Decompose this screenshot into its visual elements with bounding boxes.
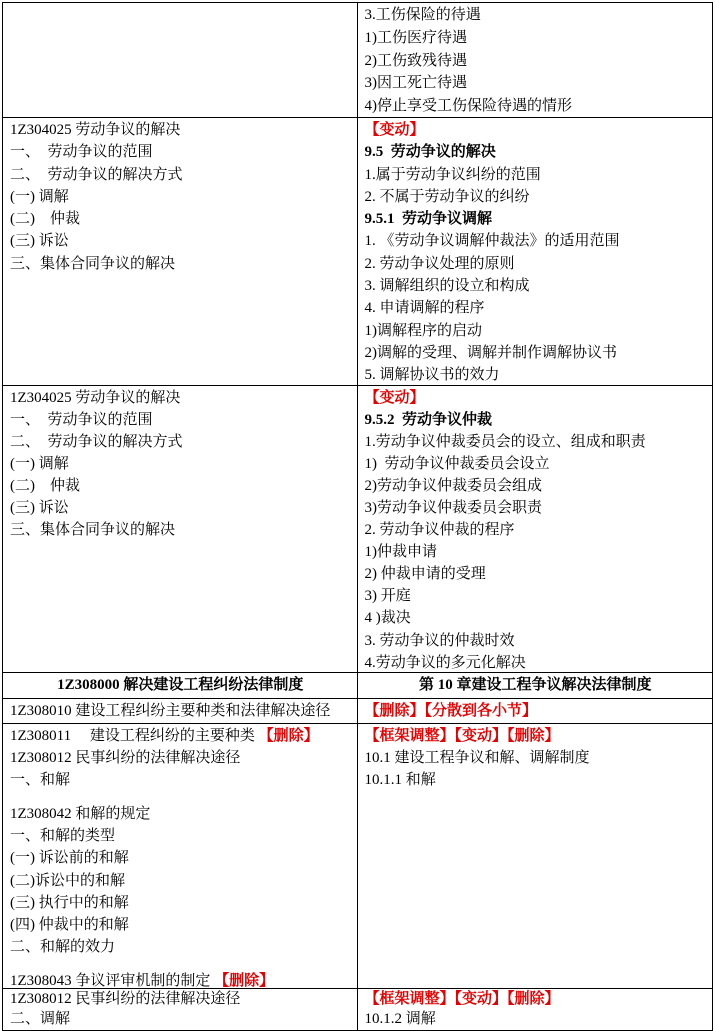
cell-line: 3. 劳动争议的仲裁时效 (365, 630, 707, 652)
cell-line: 【删除】【分散到各小节】 (365, 700, 707, 723)
text-segment: (二)诉讼中的和解 (10, 873, 125, 889)
text-segment: 4.劳动争议的多元化解决 (365, 655, 526, 671)
cell-line: 一、 劳动争议的范围 (10, 409, 351, 431)
cell-line: 9.5.1 劳动争议调解 (365, 208, 707, 230)
text-segment: (三) 诉讼 (10, 500, 69, 516)
cell-line: 1) 劳动争议仲裁委员会设立 (365, 453, 707, 475)
change-marker: 【删除】 (259, 728, 319, 744)
cell-line: 5. 调解协议书的效力 (365, 364, 707, 385)
cell-line: (二) 仲裁 (10, 475, 351, 497)
text-segment: 2) 仲裁申请的受理 (365, 566, 486, 582)
table-row: 1Z304025 劳动争议的解决一、 劳动争议的范围二、 劳动争议的解决方式(一… (3, 386, 712, 673)
table-row: 3.工伤保险的待遇1)工伤医疗待遇2)工伤致残待遇3)因工死亡待遇4)停止享受工… (3, 3, 712, 118)
change-marker: 【框架调整】【变动】【删除】 (365, 728, 560, 744)
cell-line: (二)诉讼中的和解 (10, 870, 351, 892)
text-segment: 1Z308012 民事纠纷的法律解决途径 (10, 991, 240, 1007)
cell-line: 1)仲裁申请 (365, 541, 707, 563)
left-cell: 1Z308011 建设工程纠纷的主要种类 【删除】1Z308012 民事纠纷的法… (3, 724, 358, 988)
cell-line: 2) 仲裁申请的受理 (365, 563, 707, 585)
right-cell: 【变动】9.5.2 劳动争议仲裁1.劳动争议仲裁委员会的设立、组成和职责1) 劳… (358, 386, 713, 672)
cell-line: 2. 不属于劳动争议的纠纷 (365, 186, 707, 208)
text-segment: 二、调解 (10, 1011, 70, 1027)
text-segment: 一、 劳动争议的范围 (10, 412, 153, 428)
cell-line: 1Z308043 争议评审机制的制定 【删除】 (10, 970, 351, 988)
text-segment: 4. 申请调解的程序 (365, 300, 485, 316)
text-segment: 1)工伤医疗待遇 (365, 30, 468, 46)
cell-line: 3. 调解组织的设立和构成 (365, 275, 707, 297)
text-segment: 1Z308043 争议评审机制的制定 (10, 973, 214, 988)
text-segment: 3. 调解组织的设立和构成 (365, 278, 530, 294)
cell-line: 【变动】 (365, 387, 707, 409)
cell-line: 二、和解的效力 (10, 936, 351, 958)
cell-line: 【框架调整】【变动】【删除】 (365, 990, 707, 1010)
text-segment: 10.1.2 调解 (365, 1011, 436, 1027)
text-segment: 1Z308000 解决建设工程纠纷法律制度 (57, 677, 303, 693)
cell-line: 1. 《劳动争议调解仲裁法》的适用范围 (365, 230, 707, 252)
text-segment: 1.属于劳动争议纠纷的范围 (365, 167, 541, 183)
text-segment: 9.5.2 劳动争议仲裁 (365, 412, 493, 428)
cell-line: 2)劳动争议仲裁委员会组成 (365, 475, 707, 497)
cell-line: 三、集体合同争议的解决 (10, 253, 351, 275)
cell-line: (二) 仲裁 (10, 208, 351, 230)
table-row: 1Z308010 建设工程纠纷主要种类和法律解决途径【删除】【分散到各小节】 (3, 699, 712, 724)
cell-line: (一) 诉讼前的和解 (10, 847, 351, 869)
cell-line: 4. 申请调解的程序 (365, 297, 707, 319)
text-segment: 3)劳动争议仲裁委员会职责 (365, 500, 543, 516)
cell-line: (三) 诉讼 (10, 497, 351, 519)
cell-line: 三、集体合同争议的解决 (10, 519, 351, 541)
cell-line: 一、 劳动争议的范围 (10, 141, 351, 163)
left-cell (3, 3, 358, 117)
cell-line: 1Z308010 建设工程纠纷主要种类和法律解决途径 (10, 700, 351, 723)
left-cell: 1Z304025 劳动争议的解决一、 劳动争议的范围二、 劳动争议的解决方式(一… (3, 386, 358, 672)
text-segment: 3) 开庭 (365, 588, 411, 604)
cell-line: 1)工伤医疗待遇 (365, 27, 707, 50)
cell-line: 2)调解的受理、调解并制作调解协议书 (365, 342, 707, 364)
text-segment: 10.1 建设工程争议和解、调解制度 (365, 750, 590, 766)
cell-line: 10.1.2 调解 (365, 1010, 707, 1030)
text-segment: 1Z308042 和解的规定 (10, 806, 150, 822)
cell-line: 4 )裁决 (365, 607, 707, 629)
change-marker: 【删除】 (214, 973, 274, 988)
text-segment: 1Z308011 建设工程纠纷的主要种类 (10, 728, 259, 744)
right-cell: 3.工伤保险的待遇1)工伤医疗待遇2)工伤致残待遇3)因工死亡待遇4)停止享受工… (358, 3, 713, 117)
change-marker: 【变动】 (365, 122, 425, 138)
cell-line: 1Z308042 和解的规定 (10, 803, 351, 825)
text-segment: 1Z308012 民事纠纷的法律解决途径 (10, 750, 240, 766)
text-segment: (三) 执行中的和解 (10, 895, 129, 911)
text-segment: (一) 诉讼前的和解 (10, 850, 129, 866)
text-segment: 一、和解 (10, 772, 70, 788)
table-row: 1Z308011 建设工程纠纷的主要种类 【删除】1Z308012 民事纠纷的法… (3, 724, 712, 989)
text-segment: 3.工伤保险的待遇 (365, 7, 481, 23)
cell-line: 3.工伤保险的待遇 (365, 4, 707, 27)
cell-line: (四) 仲裁中的和解 (10, 914, 351, 936)
text-segment: 1)仲裁申请 (365, 544, 438, 560)
text-segment: 1. 《劳动争议调解仲裁法》的适用范围 (365, 233, 620, 249)
text-segment: 3. 劳动争议的仲裁时效 (365, 633, 515, 649)
cell-line: 3)劳动争议仲裁委员会职责 (365, 497, 707, 519)
table-header-row: 1Z308000 解决建设工程纠纷法律制度第 10 章建设工程争议解决法律制度 (3, 673, 712, 699)
cell-line: 10.1 建设工程争议和解、调解制度 (365, 747, 707, 769)
text-segment: 1.劳动争议仲裁委员会的设立、组成和职责 (365, 434, 646, 450)
text-segment: 1Z304025 劳动争议的解决 (10, 122, 180, 138)
text-segment: 2. 不属于劳动争议的纠纷 (365, 189, 530, 205)
text-segment: 三、集体合同争议的解决 (10, 256, 175, 272)
text-segment: 9.5 劳动争议的解决 (365, 144, 496, 160)
cell-line: 1Z304025 劳动争议的解决 (10, 119, 351, 141)
change-marker: 【框架调整】【变动】【删除】 (365, 991, 560, 1007)
cell-line: 1)调解程序的启动 (365, 320, 707, 342)
cell-line: 3) 开庭 (365, 585, 707, 607)
text-segment: (一) 调解 (10, 456, 69, 472)
text-segment: (三) 诉讼 (10, 233, 69, 249)
cell-line: 1.属于劳动争议纠纷的范围 (365, 164, 707, 186)
text-segment: 一、 劳动争议的范围 (10, 144, 153, 160)
text-segment: 二、 劳动争议的解决方式 (10, 434, 183, 450)
cell-line: 第 10 章建设工程争议解决法律制度 (365, 673, 707, 697)
table-row: 1Z308012 民事纠纷的法律解决途径二、调解【框架调整】【变动】【删除】10… (3, 989, 712, 1030)
left-cell: 1Z304025 劳动争议的解决一、 劳动争议的范围二、 劳动争议的解决方式(一… (3, 118, 358, 385)
cell-line: 二、调解 (10, 1010, 351, 1030)
text-segment: 2. 劳动争议仲裁的程序 (365, 522, 515, 538)
cell-line: 1Z308012 民事纠纷的法律解决途径 (10, 990, 351, 1010)
text-segment: 二、 劳动争议的解决方式 (10, 167, 183, 183)
text-segment: 4)停止享受工伤保险待遇的情形 (365, 98, 573, 114)
text-segment: 三、集体合同争议的解决 (10, 522, 175, 538)
cell-line: 1Z304025 劳动争议的解决 (10, 387, 351, 409)
cell-line: 1Z308000 解决建设工程纠纷法律制度 (10, 673, 351, 697)
text-segment: 2)劳动争议仲裁委员会组成 (365, 478, 543, 494)
right-cell: 第 10 章建设工程争议解决法律制度 (358, 673, 713, 698)
right-cell: 【框架调整】【变动】【删除】10.1.2 调解 (358, 989, 713, 1030)
cell-line: 【变动】 (365, 119, 707, 141)
change-marker: 【删除】【分散到各小节】 (365, 703, 538, 719)
text-segment: 1Z308010 建设工程纠纷主要种类和法律解决途径 (10, 703, 330, 719)
text-segment: 4 )裁决 (365, 610, 411, 626)
cell-line: 1Z308012 民事纠纷的法律解决途径 (10, 747, 351, 769)
cell-line: 2. 劳动争议处理的原则 (365, 253, 707, 275)
text-segment: 9.5.1 劳动争议调解 (365, 211, 493, 227)
right-cell: 【删除】【分散到各小节】 (358, 699, 713, 723)
cell-line: 9.5 劳动争议的解决 (365, 141, 707, 163)
cell-line (10, 4, 351, 16)
cell-line: 3)因工死亡待遇 (365, 72, 707, 95)
text-segment: 2)调解的受理、调解并制作调解协议书 (365, 345, 618, 361)
text-segment: (二) 仲裁 (10, 211, 80, 227)
text-segment: 2)工伤致残待遇 (365, 53, 468, 69)
text-segment: 1) 劳动争议仲裁委员会设立 (365, 456, 550, 472)
cell-line (10, 958, 351, 970)
cell-line: 二、 劳动争议的解决方式 (10, 164, 351, 186)
text-segment: 5. 调解协议书的效力 (365, 367, 500, 383)
text-segment: 1)调解程序的启动 (365, 323, 483, 339)
text-segment: 3)因工死亡待遇 (365, 75, 468, 91)
text-segment: 1Z304025 劳动争议的解决 (10, 390, 180, 406)
cell-line: 1.劳动争议仲裁委员会的设立、组成和职责 (365, 431, 707, 453)
cell-line: 二、 劳动争议的解决方式 (10, 431, 351, 453)
text-segment: (二) 仲裁 (10, 478, 80, 494)
cell-line: 4.劳动争议的多元化解决 (365, 652, 707, 672)
cell-line: (三) 执行中的和解 (10, 892, 351, 914)
cell-line: 2)工伤致残待遇 (365, 50, 707, 73)
cell-line: 一、和解的类型 (10, 825, 351, 847)
cell-line: 【框架调整】【变动】【删除】 (365, 725, 707, 747)
right-cell: 【变动】9.5 劳动争议的解决1.属于劳动争议纠纷的范围2. 不属于劳动争议的纠… (358, 118, 713, 385)
table-row: 1Z304025 劳动争议的解决一、 劳动争议的范围二、 劳动争议的解决方式(一… (3, 118, 712, 386)
cell-line: (一) 调解 (10, 453, 351, 475)
document-page: 3.工伤保险的待遇1)工伤医疗待遇2)工伤致残待遇3)因工死亡待遇4)停止享受工… (0, 0, 715, 1031)
text-segment: 10.1.1 和解 (365, 772, 436, 788)
left-cell: 1Z308000 解决建设工程纠纷法律制度 (3, 673, 358, 698)
text-segment: 一、和解的类型 (10, 828, 115, 844)
text-segment: 第 10 章建设工程争议解决法律制度 (419, 677, 652, 693)
cell-line: 2. 劳动争议仲裁的程序 (365, 519, 707, 541)
text-segment: (一) 调解 (10, 189, 69, 205)
text-segment: 二、和解的效力 (10, 939, 115, 955)
cell-line: 1Z308011 建设工程纠纷的主要种类 【删除】 (10, 725, 351, 747)
cell-line: (一) 调解 (10, 186, 351, 208)
right-cell: 【框架调整】【变动】【删除】10.1 建设工程争议和解、调解制度10.1.1 和… (358, 724, 713, 988)
left-cell: 1Z308010 建设工程纠纷主要种类和法律解决途径 (3, 699, 358, 723)
cell-line (10, 791, 351, 803)
cell-line: 4)停止享受工伤保险待遇的情形 (365, 95, 707, 117)
text-segment: 2. 劳动争议处理的原则 (365, 256, 515, 272)
cell-line: 9.5.2 劳动争议仲裁 (365, 409, 707, 431)
cell-line: 10.1.1 和解 (365, 769, 707, 791)
change-marker: 【变动】 (365, 390, 425, 406)
text-segment: (四) 仲裁中的和解 (10, 917, 129, 933)
cell-line: 一、和解 (10, 769, 351, 791)
left-cell: 1Z308012 民事纠纷的法律解决途径二、调解 (3, 989, 358, 1030)
cell-line: (三) 诉讼 (10, 230, 351, 252)
comparison-table: 3.工伤保险的待遇1)工伤医疗待遇2)工伤致残待遇3)因工死亡待遇4)停止享受工… (2, 2, 713, 1031)
